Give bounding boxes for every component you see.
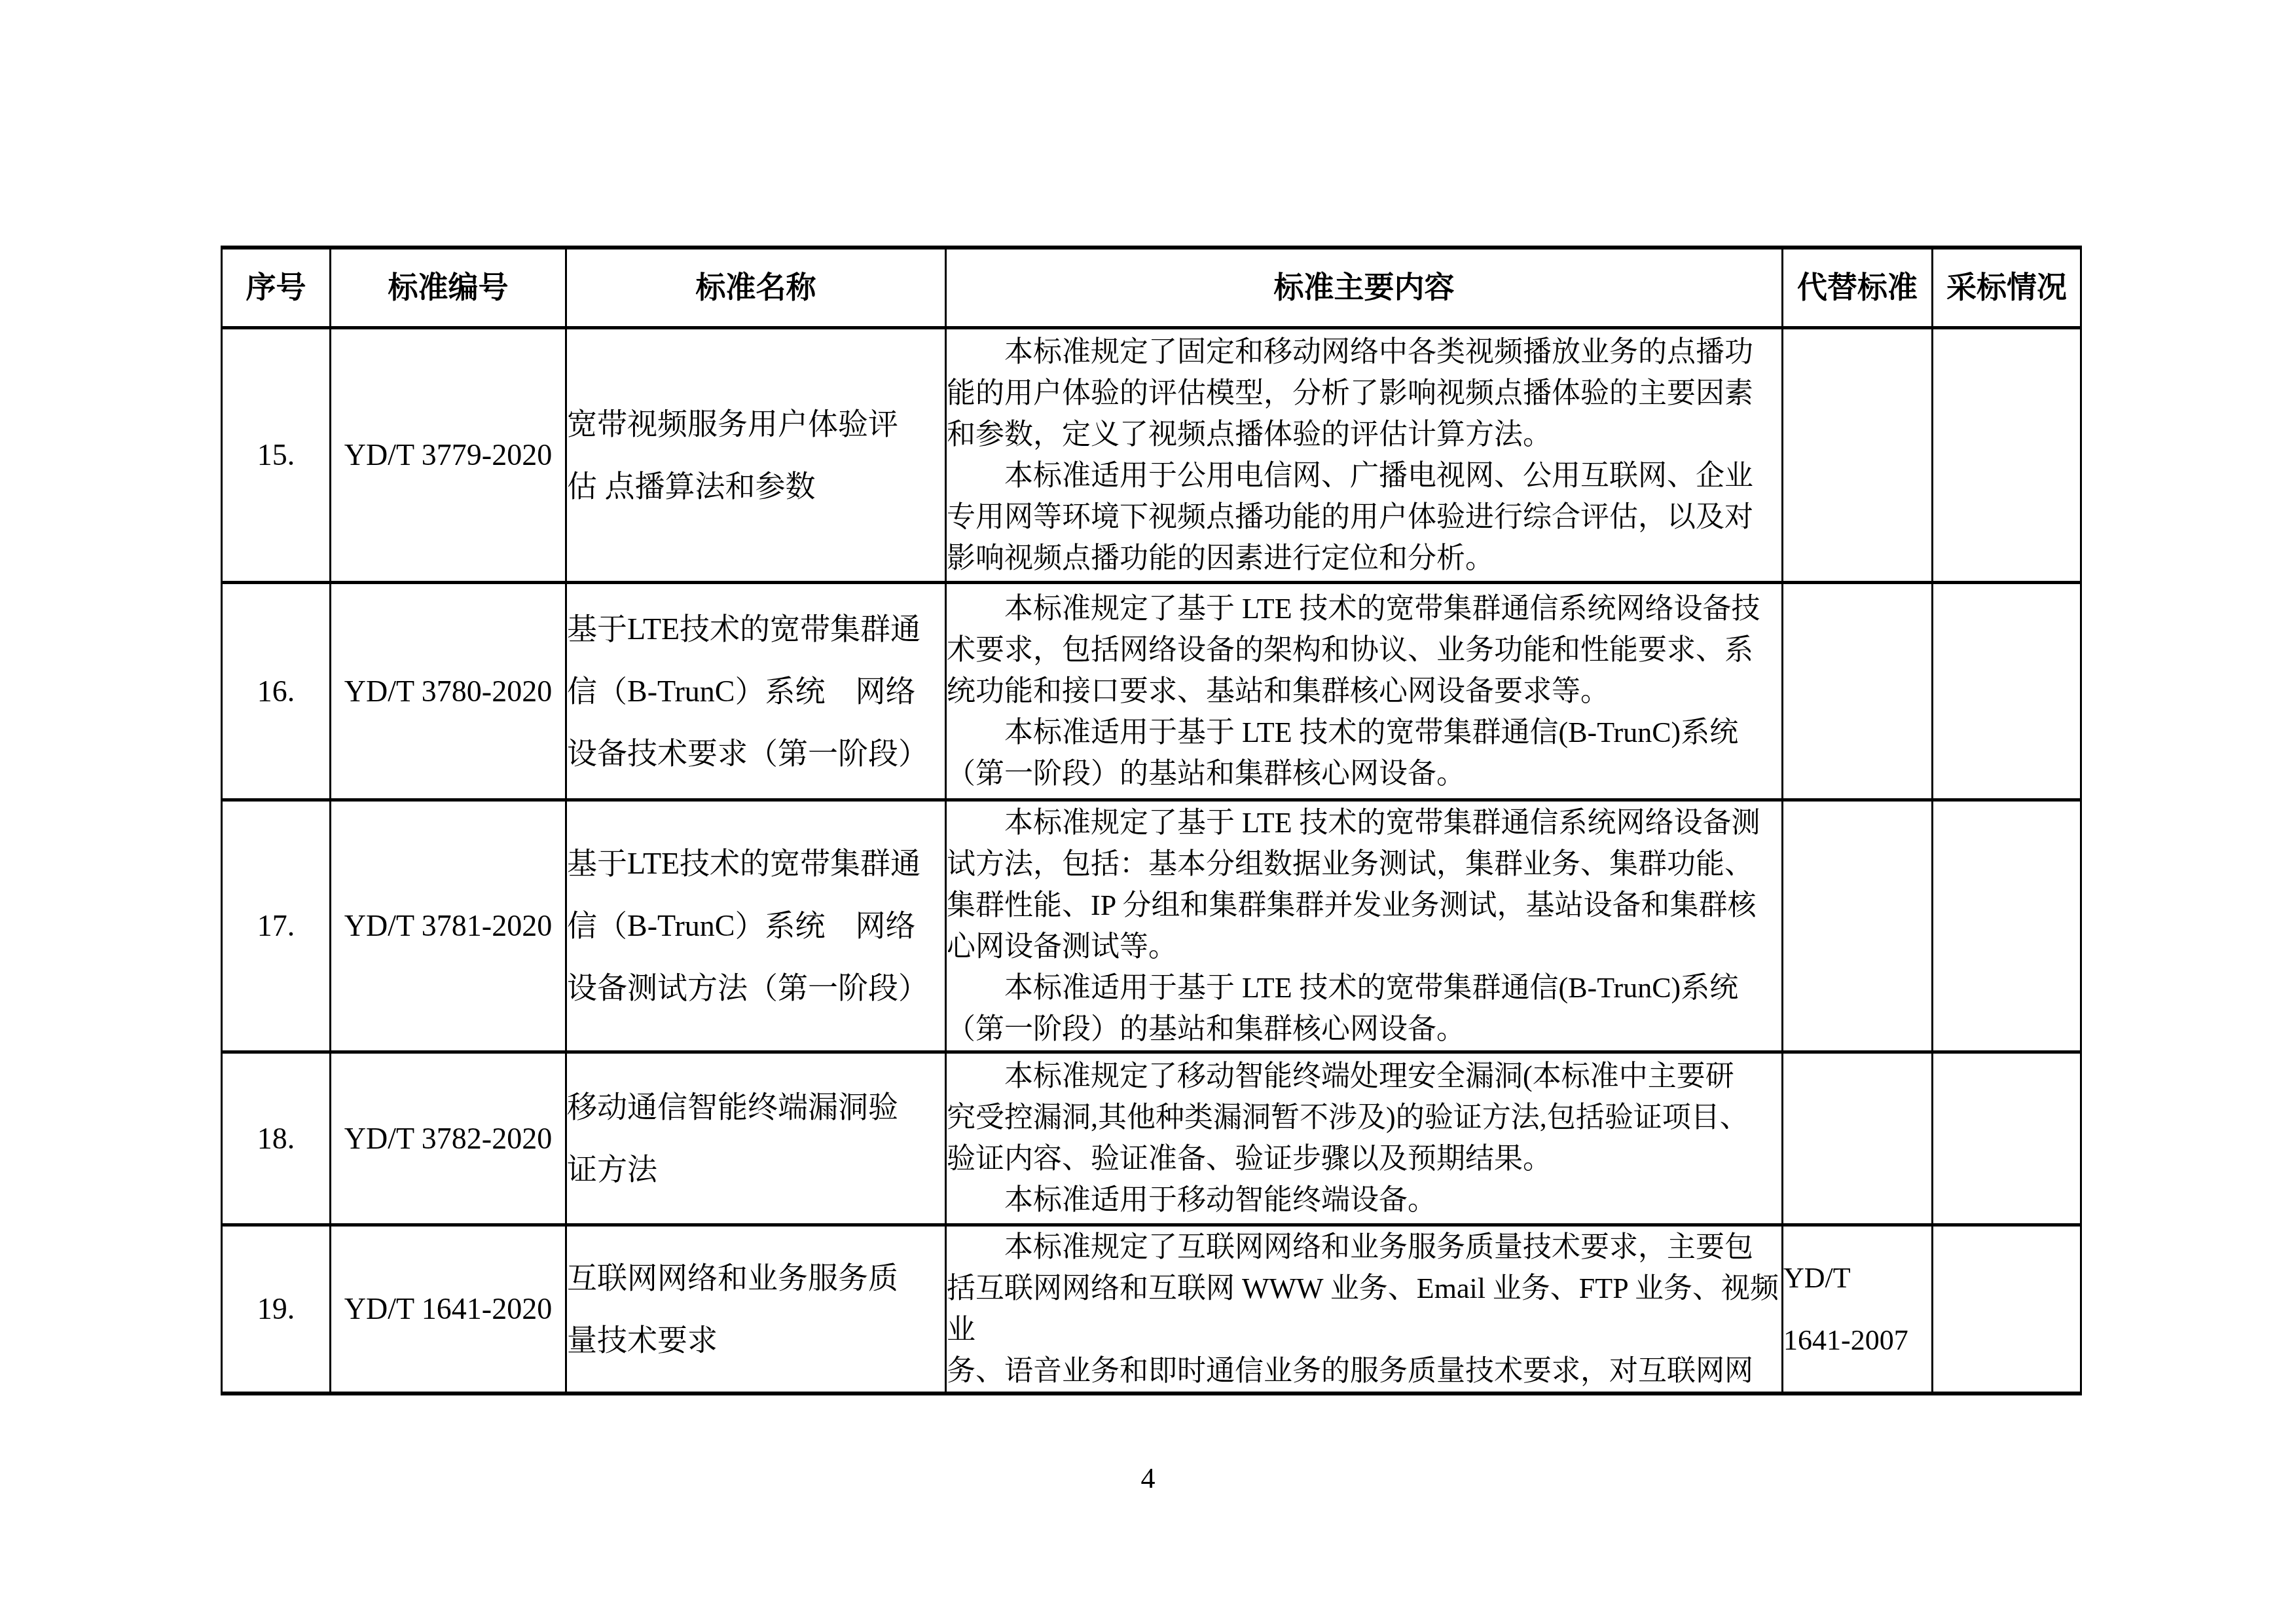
col-header-replaced-standard: 代替标准	[1783, 248, 1933, 327]
standard-code: YD/T 3779-2020	[331, 327, 566, 582]
serial-number: 19.	[222, 1225, 331, 1393]
replaced-standard	[1783, 1052, 1933, 1225]
standard-main-content: 本标准规定了移动智能终端处理安全漏洞(本标准中主要研 究受控漏洞,其他种类漏洞暂…	[946, 1052, 1783, 1225]
adoption-status	[1933, 1225, 2081, 1393]
serial-number: 18.	[222, 1052, 331, 1225]
replaced-standard: YD/T 1641-2007	[1783, 1225, 1933, 1393]
document-page: 序号 标准编号 标准名称 标准主要内容 代替标准 采标情况 15. YD/T 3…	[0, 0, 2296, 1624]
replaced-standard	[1783, 800, 1933, 1052]
adoption-status	[1933, 582, 2081, 800]
serial-number: 15.	[222, 327, 331, 582]
standards-table: 序号 标准编号 标准名称 标准主要内容 代替标准 采标情况 15. YD/T 3…	[221, 246, 2082, 1395]
table-row: 19. YD/T 1641-2020 互联网网络和业务服务质 量技术要求 本标准…	[222, 1225, 2081, 1393]
standard-main-content: 本标准规定了固定和移动网络中各类视频播放业务的点播功 能的用户体验的评估模型，分…	[946, 327, 1783, 582]
standard-code: YD/T 3781-2020	[331, 800, 566, 1052]
adoption-status	[1933, 1052, 2081, 1225]
standard-main-content: 本标准规定了互联网网络和业务服务质量技术要求，主要包 括互联网网络和互联网 WW…	[946, 1225, 1783, 1393]
standard-main-content: 本标准规定了基于 LTE 技术的宽带集群通信系统网络设备测 试方法，包括：基本分…	[946, 800, 1783, 1052]
serial-number: 17.	[222, 800, 331, 1052]
standard-name: 基于LTE技术的宽带集群通 信（B-TrunC）系统 网络 设备技术要求（第一阶…	[566, 582, 946, 800]
col-header-main-content: 标准主要内容	[946, 248, 1783, 327]
page-number: 4	[0, 1459, 2296, 1498]
standard-code: YD/T 3780-2020	[331, 582, 566, 800]
col-header-adoption-status: 采标情况	[1933, 248, 2081, 327]
col-header-serial-number: 序号	[222, 248, 331, 327]
standard-code: YD/T 1641-2020	[331, 1225, 566, 1393]
standard-code: YD/T 3782-2020	[331, 1052, 566, 1225]
serial-number: 16.	[222, 582, 331, 800]
adoption-status	[1933, 800, 2081, 1052]
adoption-status	[1933, 327, 2081, 582]
standard-name: 宽带视频服务用户体验评 估 点播算法和参数	[566, 327, 946, 582]
standard-main-content: 本标准规定了基于 LTE 技术的宽带集群通信系统网络设备技 术要求，包括网络设备…	[946, 582, 1783, 800]
replaced-standard	[1783, 327, 1933, 582]
table-header-row: 序号 标准编号 标准名称 标准主要内容 代替标准 采标情况	[222, 248, 2081, 327]
standard-name: 移动通信智能终端漏洞验 证方法	[566, 1052, 946, 1225]
standard-name: 互联网网络和业务服务质 量技术要求	[566, 1225, 946, 1393]
col-header-standard-name: 标准名称	[566, 248, 946, 327]
table-row: 17. YD/T 3781-2020 基于LTE技术的宽带集群通 信（B-Tru…	[222, 800, 2081, 1052]
standard-name: 基于LTE技术的宽带集群通 信（B-TrunC）系统 网络 设备测试方法（第一阶…	[566, 800, 946, 1052]
table-row: 15. YD/T 3779-2020 宽带视频服务用户体验评 估 点播算法和参数…	[222, 327, 2081, 582]
col-header-standard-code: 标准编号	[331, 248, 566, 327]
table-row: 18. YD/T 3782-2020 移动通信智能终端漏洞验 证方法 本标准规定…	[222, 1052, 2081, 1225]
replaced-standard	[1783, 582, 1933, 800]
table-row: 16. YD/T 3780-2020 基于LTE技术的宽带集群通 信（B-Tru…	[222, 582, 2081, 800]
